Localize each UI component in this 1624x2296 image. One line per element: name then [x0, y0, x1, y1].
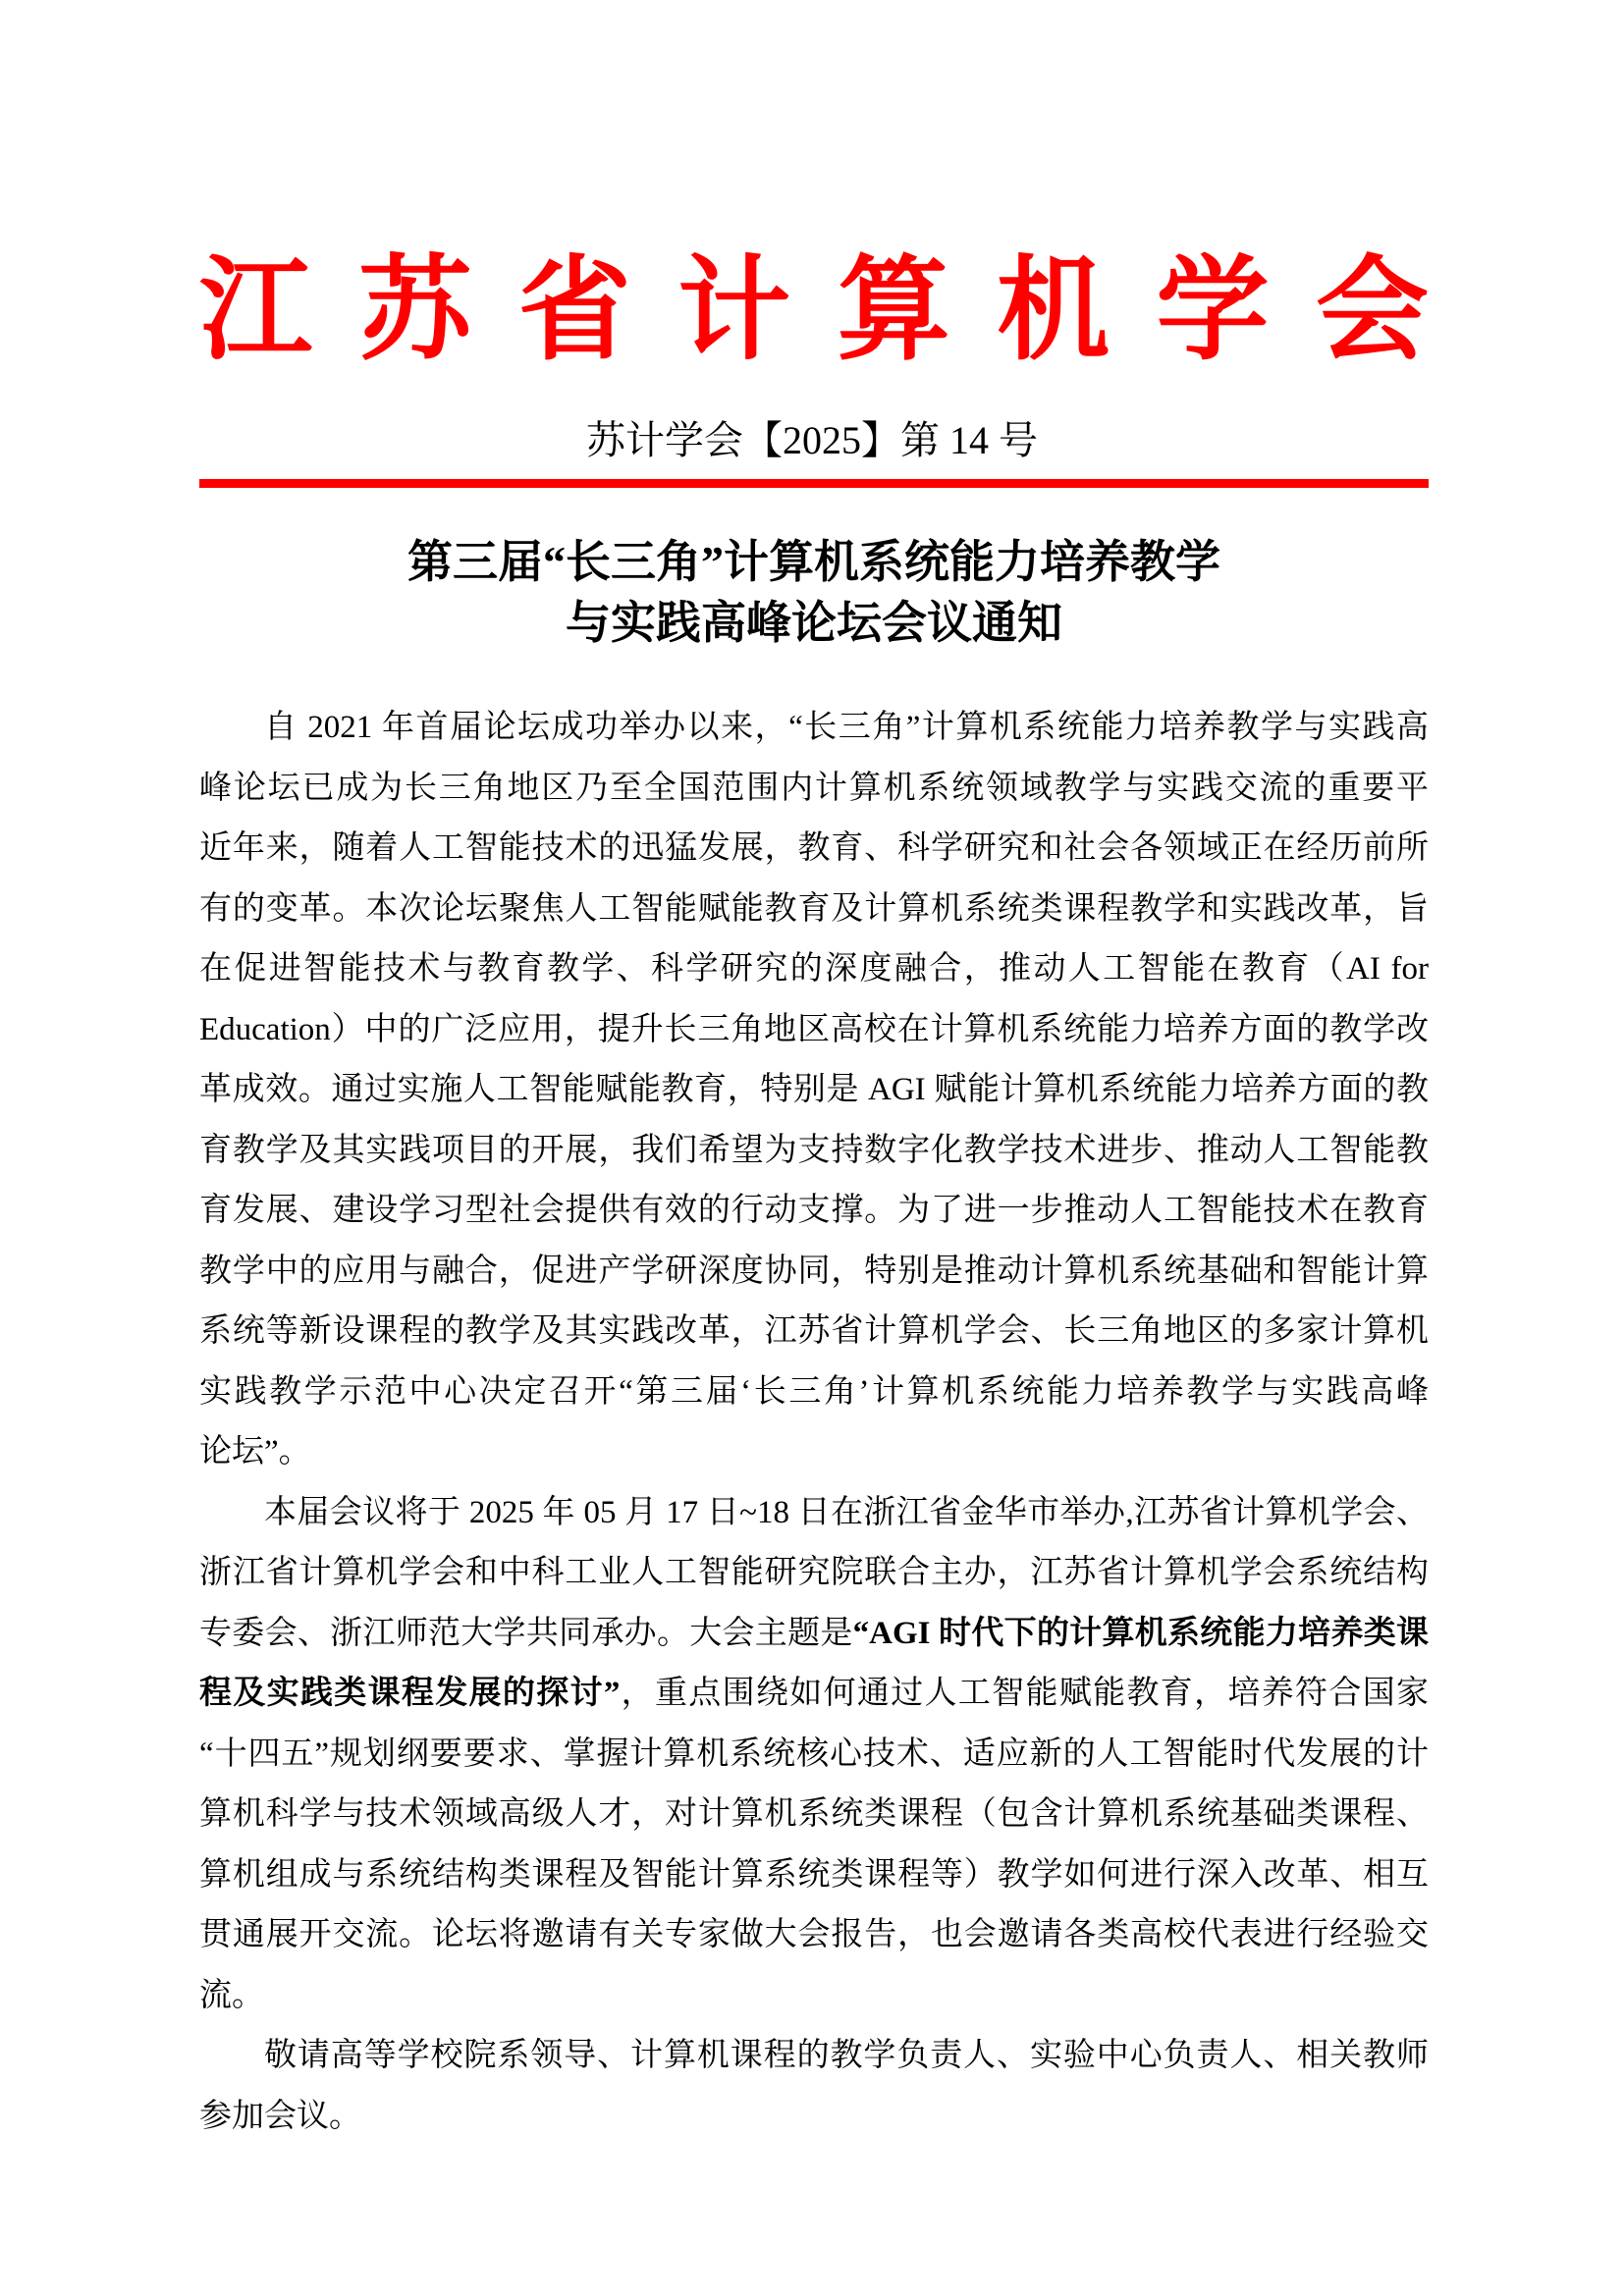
doc-number: 苏计学会【2025】第 14 号: [0, 416, 1624, 465]
body-line: 专委会、浙江师范大学共同承办。大会主题是“AGI 时代下的计算机系统能力培养类课: [199, 1604, 1429, 1665]
org-title-char: 江: [199, 247, 312, 375]
text: 流。: [199, 1978, 264, 2013]
text: 敬请高等学校院系领导、计算机课程的教学负责人、实验中心负责人、相关教师: [264, 2038, 1429, 2073]
text: 算机科学与技术领域高级人才，对计算机系统类课程（包含计算机系统基础类课程、计: [199, 1796, 1429, 1845]
paragraph: 自 2021 年首届论坛成功举办以来，“长三角”计算机系统能力培养教学与实践高峰…: [199, 698, 1429, 1483]
body-line: 自 2021 年首届论坛成功举办以来，“长三角”计算机系统能力培养教学与实践高: [199, 698, 1429, 759]
text: 论坛”。: [199, 1434, 311, 1469]
text: 育发展、建设学习型社会提供有效的行动支撑。为了进一步推动人工智能技术在教育: [199, 1193, 1429, 1228]
paragraph: 本届会议将于 2025 年 05 月 17 日~18 日在浙江省金华市举办,江苏…: [199, 1483, 1429, 2027]
text: 浙江省计算机学会和中科工业人工智能研究院联合主办，江苏省计算机学会系统结构: [199, 1555, 1429, 1590]
org-title-char: 机: [997, 247, 1110, 375]
text: 近年来，随着人工智能技术的迅猛发展，教育、科学研究和社会各领域正在经历前所未: [199, 830, 1429, 880]
body-line: “十四五”规划纲要要求、掌握计算机系统核心技术、适应新的人工智能时代发展的计: [199, 1725, 1429, 1786]
body-line: Education）中的广泛应用，提升长三角地区高校在计算机系统能力培养方面的教…: [199, 1000, 1429, 1061]
org-title-char: 计: [677, 247, 790, 375]
body-line: 程及实践类课程发展的探讨”，重点围绕如何通过人工智能赋能教育，培养符合国家: [199, 1664, 1429, 1725]
text: 贯通展开交流。论坛将邀请有关专家做大会报告，也会邀请各类高校代表进行经验交: [199, 1917, 1429, 1952]
body-line: 育教学及其实践项目的开展，我们希望为支持数字化教学技术进步、推动人工智能教: [199, 1121, 1429, 1182]
text: ，重点围绕如何通过人工智能赋能教育，培养符合国家: [620, 1676, 1429, 1711]
text: 在促进智能技术与教育教学、科学研究的深度融合，推动人工智能在教育（AI for: [199, 951, 1429, 987]
bold-text: 程及实践类课程发展的探讨”: [199, 1676, 620, 1711]
notice-title-line1: 第三届“长三角”计算机系统能力培养教学: [199, 532, 1429, 593]
body-line: 本届会议将于 2025 年 05 月 17 日~18 日在浙江省金华市举办,江苏…: [199, 1483, 1429, 1544]
body-line: 参加会议。: [199, 2087, 1429, 2148]
org-title-char: 学: [1157, 247, 1270, 375]
body-line: 峰论坛已成为长三角地区乃至全国范围内计算机系统领域教学与实践交流的重要平台。: [199, 759, 1429, 820]
body-line: 浙江省计算机学会和中科工业人工智能研究院联合主办，江苏省计算机学会系统结构: [199, 1543, 1429, 1604]
org-title-char: 省: [518, 247, 631, 375]
text: 育教学及其实践项目的开展，我们希望为支持数字化教学技术进步、推动人工智能教: [199, 1133, 1429, 1168]
body-line: 实践教学示范中心决定召开“第三届‘长三角’计算机系统能力培养教学与实践高峰: [199, 1362, 1429, 1423]
text: 实践教学示范中心决定召开“第三届‘长三角’计算机系统能力培养教学与实践高峰: [199, 1374, 1429, 1410]
body-line: 育发展、建设学习型社会提供有效的行动支撑。为了进一步推动人工智能技术在教育: [199, 1181, 1429, 1242]
body-line: 流。: [199, 1966, 1429, 2027]
body-line: 敬请高等学校院系领导、计算机课程的教学负责人、实验中心负责人、相关教师: [199, 2026, 1429, 2087]
body-line: 在促进智能技术与教育教学、科学研究的深度融合，推动人工智能在教育（AI for: [199, 939, 1429, 1000]
text: 有的变革。本次论坛聚焦人工智能赋能教育及计算机系统类课程教学和实践改革，旨: [199, 891, 1429, 927]
body-line: 系统等新设课程的教学及其实践改革，江苏省计算机学会、长三角地区的多家计算机: [199, 1302, 1429, 1362]
text: 本届会议将于 2025 年 05 月 17 日~18 日在浙江省金华市举办,江苏…: [264, 1495, 1429, 1530]
body-line: 论坛”。: [199, 1422, 1429, 1483]
body-line: 算机科学与技术领域高级人才，对计算机系统类课程（包含计算机系统基础类课程、计: [199, 1785, 1429, 1845]
text: “十四五”规划纲要要求、掌握计算机系统核心技术、适应新的人工智能时代发展的计: [199, 1736, 1429, 1772]
text: 自 2021 年首届论坛成功举办以来，“长三角”计算机系统能力培养教学与实践高: [264, 710, 1429, 745]
org-title-char: 会: [1316, 247, 1429, 375]
text: Education）中的广泛应用，提升长三角地区高校在计算机系统能力培养方面的教…: [199, 1012, 1429, 1047]
document-page: 江苏省计算机学会 苏计学会【2025】第 14 号 第三届“长三角”计算机系统能…: [0, 0, 1624, 2296]
red-divider-line: [199, 479, 1429, 488]
body-line: 近年来，随着人工智能技术的迅猛发展，教育、科学研究和社会各领域正在经历前所未: [199, 819, 1429, 880]
bold-text: “AGI 时代下的计算机系统能力培养类课: [853, 1616, 1429, 1651]
text: 系统等新设课程的教学及其实践改革，江苏省计算机学会、长三角地区的多家计算机: [199, 1313, 1429, 1349]
body-line: 有的变革。本次论坛聚焦人工智能赋能教育及计算机系统类课程教学和实践改革，旨: [199, 880, 1429, 940]
text: 教学中的应用与融合，促进产学研深度协同，特别是推动计算机系统基础和智能计算: [199, 1254, 1429, 1289]
notice-title-line2: 与实践高峰论坛会议通知: [199, 593, 1429, 654]
text: 专委会、浙江师范大学共同承办。大会主题是: [199, 1616, 853, 1651]
notice-title: 第三届“长三角”计算机系统能力培养教学 与实践高峰论坛会议通知: [199, 532, 1429, 654]
text: 革成效。通过实施人工智能赋能教育，特别是 AGI 赋能计算机系统能力培养方面的教: [199, 1072, 1429, 1107]
body-line: 贯通展开交流。论坛将邀请有关专家做大会报告，也会邀请各类高校代表进行经验交: [199, 1905, 1429, 1966]
body-line: 革成效。通过实施人工智能赋能教育，特别是 AGI 赋能计算机系统能力培养方面的教: [199, 1060, 1429, 1121]
org-title-char: 算: [838, 247, 950, 375]
org-title-char: 苏: [358, 247, 471, 375]
text: 参加会议。: [199, 2099, 361, 2134]
notice-body: 自 2021 年首届论坛成功举办以来，“长三角”计算机系统能力培养教学与实践高峰…: [199, 698, 1429, 2147]
text: 算机组成与系统结构类课程及智能计算系统类课程等）教学如何进行深入改革、相互: [199, 1857, 1429, 1893]
body-line: 算机组成与系统结构类课程及智能计算系统类课程等）教学如何进行深入改革、相互: [199, 1845, 1429, 1906]
text: 峰论坛已成为长三角地区乃至全国范围内计算机系统领域教学与实践交流的重要平台。: [199, 771, 1429, 820]
org-title: 江苏省计算机学会: [199, 247, 1429, 375]
paragraph: 敬请高等学校院系领导、计算机课程的教学负责人、实验中心负责人、相关教师参加会议。: [199, 2026, 1429, 2147]
body-line: 教学中的应用与融合，促进产学研深度协同，特别是推动计算机系统基础和智能计算: [199, 1242, 1429, 1303]
